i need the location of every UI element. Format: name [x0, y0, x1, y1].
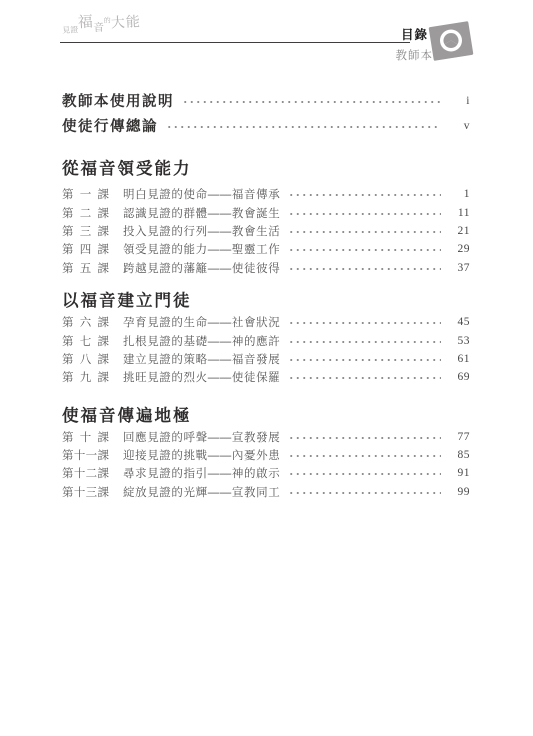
- lesson-row: 第四課 領受見證的能力——聖靈工作 29: [62, 240, 470, 258]
- lesson-title: 建立見證的策略——福音發展: [123, 351, 280, 367]
- lesson-number: 第十三課: [62, 484, 109, 500]
- lesson-row: 第八課 建立見證的策略——福音發展 61: [62, 350, 470, 368]
- dot-leader: [182, 97, 441, 107]
- lesson-title: 挑旺見證的烈火——使徒保羅: [123, 369, 280, 385]
- front-matter-title: 使徒行傳總論: [62, 115, 158, 136]
- toc-section: 使福音傳遍地極 第十課 回應見證的呼聲——宣教發展 77 第十一課 迎接見證的挑…: [62, 407, 470, 502]
- lesson-row: 第二課 認識見證的群體——教會誕生 11: [62, 203, 470, 221]
- lesson-number: 第六課: [62, 314, 109, 330]
- front-matter-row: 教師本使用說明 i: [62, 88, 470, 113]
- page-number: 1: [446, 188, 470, 200]
- lesson-title: 孕育見證的生命——社會狀況: [123, 314, 280, 330]
- lesson-number: 第十二課: [62, 465, 109, 481]
- lesson-title: 明白見證的使命——福音傳承: [123, 186, 280, 202]
- dot-leader: [288, 433, 441, 443]
- lesson-title: 認識見證的群體——教會誕生: [123, 205, 280, 221]
- publisher-badge-icon: [427, 18, 475, 70]
- page-number: 21: [446, 225, 470, 237]
- lesson-title: 扎根見證的基礎——神的應許: [123, 333, 280, 349]
- page-number: 45: [446, 316, 470, 328]
- page-number: 99: [446, 486, 470, 498]
- lesson-number: 第一課: [62, 186, 109, 202]
- dot-leader: [288, 209, 441, 219]
- lesson-number: 第七課: [62, 333, 109, 349]
- lesson-row: 第七課 扎根見證的基礎——神的應許 53: [62, 331, 470, 349]
- lesson-row: 第九課 挑旺見證的烈火——使徒保羅 69: [62, 368, 470, 386]
- lesson-number: 第三課: [62, 223, 109, 239]
- dot-leader: [288, 469, 441, 479]
- lesson-number: 第二課: [62, 205, 109, 221]
- dot-leader: [288, 318, 441, 328]
- page-number: v: [446, 120, 470, 132]
- page-number: 69: [446, 371, 470, 383]
- front-matter-row: 使徒行傳總論 v: [62, 113, 470, 138]
- dot-leader: [288, 190, 441, 200]
- brand-logo-part: 福: [77, 12, 93, 31]
- toc-page: 見證福音的大能 目錄 教師本 教師本使用說明 i 使徒行傳總論 v: [0, 0, 533, 736]
- brand-logo-part: 音: [93, 21, 105, 35]
- page-number: 53: [446, 335, 470, 347]
- page-number: 11: [446, 207, 470, 219]
- dot-leader: [166, 122, 441, 132]
- dot-leader: [288, 488, 441, 498]
- lesson-number: 第十一課: [62, 447, 109, 463]
- lesson-row: 第十一課 迎接見證的挑戰——內憂外患 85: [62, 446, 470, 464]
- dot-leader: [288, 264, 441, 274]
- brand-logo: 見證福音的大能: [62, 12, 142, 37]
- brand-logo-part: 大能: [111, 14, 142, 32]
- lesson-title: 投入見證的行列——教會生活: [123, 223, 280, 239]
- toc-content: 教師本使用說明 i 使徒行傳總論 v 從福音領受能力 第一課 明白見證的使命——…: [62, 88, 470, 501]
- lesson-row: 第一課 明白見證的使命——福音傳承 1: [62, 185, 470, 203]
- dot-leader: [288, 245, 441, 255]
- lesson-row: 第五課 跨越見證的藩籬——使徒彼得 37: [62, 259, 470, 277]
- toc-section: 從福音領受能力 第一課 明白見證的使命——福音傳承 1 第二課 認識見證的群體—…: [62, 160, 470, 277]
- lesson-title: 綻放見證的光輝——宣教同工: [123, 484, 280, 500]
- lesson-title: 尋求見證的指引——神的啟示: [123, 465, 280, 481]
- lesson-number: 第四課: [62, 241, 109, 257]
- page-number: i: [446, 95, 470, 107]
- lesson-row: 第三課 投入見證的行列——教會生活 21: [62, 222, 470, 240]
- toc-section: 以福音建立門徒 第六課 孕育見證的生命——社會狀況 45 第七課 扎根見證的基礎…: [62, 292, 470, 387]
- page-number: 37: [446, 262, 470, 274]
- lesson-title: 領受見證的能力——聖靈工作: [123, 241, 280, 257]
- lesson-row: 第十課 回應見證的呼聲——宣教發展 77: [62, 428, 470, 446]
- lesson-title: 回應見證的呼聲——宣教發展: [123, 429, 280, 445]
- header-rule: [60, 42, 410, 43]
- dot-leader: [288, 451, 441, 461]
- dot-leader: [288, 355, 441, 365]
- lesson-number: 第八課: [62, 351, 109, 367]
- lesson-title: 迎接見證的挑戰——內憂外患: [123, 447, 280, 463]
- dot-leader: [288, 373, 441, 383]
- section-title: 以福音建立門徒: [62, 292, 470, 311]
- lesson-title: 跨越見證的藩籬——使徒彼得: [123, 260, 280, 276]
- page-number: 61: [446, 353, 470, 365]
- page-number: 85: [446, 449, 470, 461]
- lesson-row: 第六課 孕育見證的生命——社會狀況 45: [62, 313, 470, 331]
- dot-leader: [288, 337, 441, 347]
- dot-leader: [288, 227, 441, 237]
- brand-logo-part: 見證: [62, 25, 78, 35]
- lesson-number: 第十課: [62, 429, 109, 445]
- page-number: 91: [446, 467, 470, 479]
- front-matter-title: 教師本使用說明: [62, 90, 174, 111]
- lesson-row: 第十三課 綻放見證的光輝——宣教同工 99: [62, 483, 470, 501]
- section-title: 從福音領受能力: [62, 160, 470, 179]
- page-number: 77: [446, 431, 470, 443]
- lesson-row: 第十二課 尋求見證的指引——神的啟示 91: [62, 464, 470, 482]
- lesson-number: 第九課: [62, 369, 109, 385]
- page-title: 目錄: [401, 25, 428, 43]
- section-title: 使福音傳遍地極: [62, 407, 470, 426]
- page-number: 29: [446, 243, 470, 255]
- lesson-number: 第五課: [62, 260, 109, 276]
